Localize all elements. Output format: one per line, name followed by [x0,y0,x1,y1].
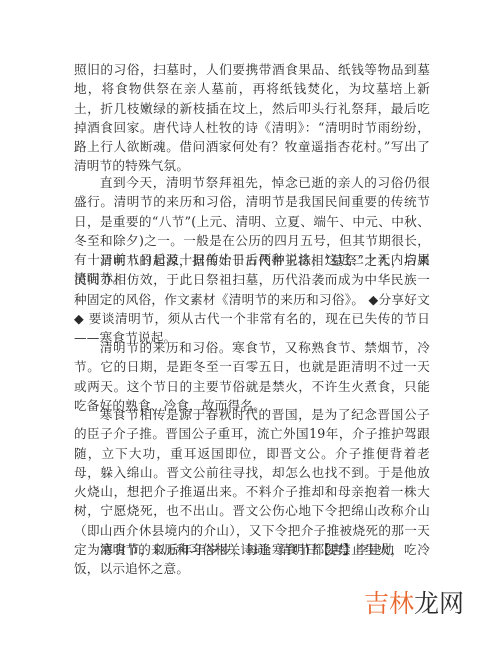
watermark-part-longwang: 龙网 [414,589,464,618]
paragraph-cold-food-festival: 清明节的来历和习俗。寒食节，又称熟食节、禁烟节，冷节。它的日期，是距冬至一百零五… [74,338,430,415]
site-watermark-logo: 吉林龙网 [364,588,464,620]
paragraph-qingming-origin: 清明节的起源，据传始于古代帝王将相“墓祭”之礼，后来民间亦相仿效，于此日祭祖扫墓… [74,251,430,347]
document-page: 照旧的习俗，扫墓时，人们要携带酒食果品、纸钱等物品到墓地，将食物供祭在亲人墓前，… [0,0,500,647]
paragraph-related-poem-heading: 清明节的来历和习俗相关诗词：清明日【唐】李建勋 [74,540,430,559]
paragraph-tomb-sweeping-custom: 照旧的习俗，扫墓时，人们要携带酒食果品、纸钱等物品到墓地，将食物供祭在亲人墓前，… [74,60,430,176]
watermark-part-jilin: 吉林 [364,589,414,618]
